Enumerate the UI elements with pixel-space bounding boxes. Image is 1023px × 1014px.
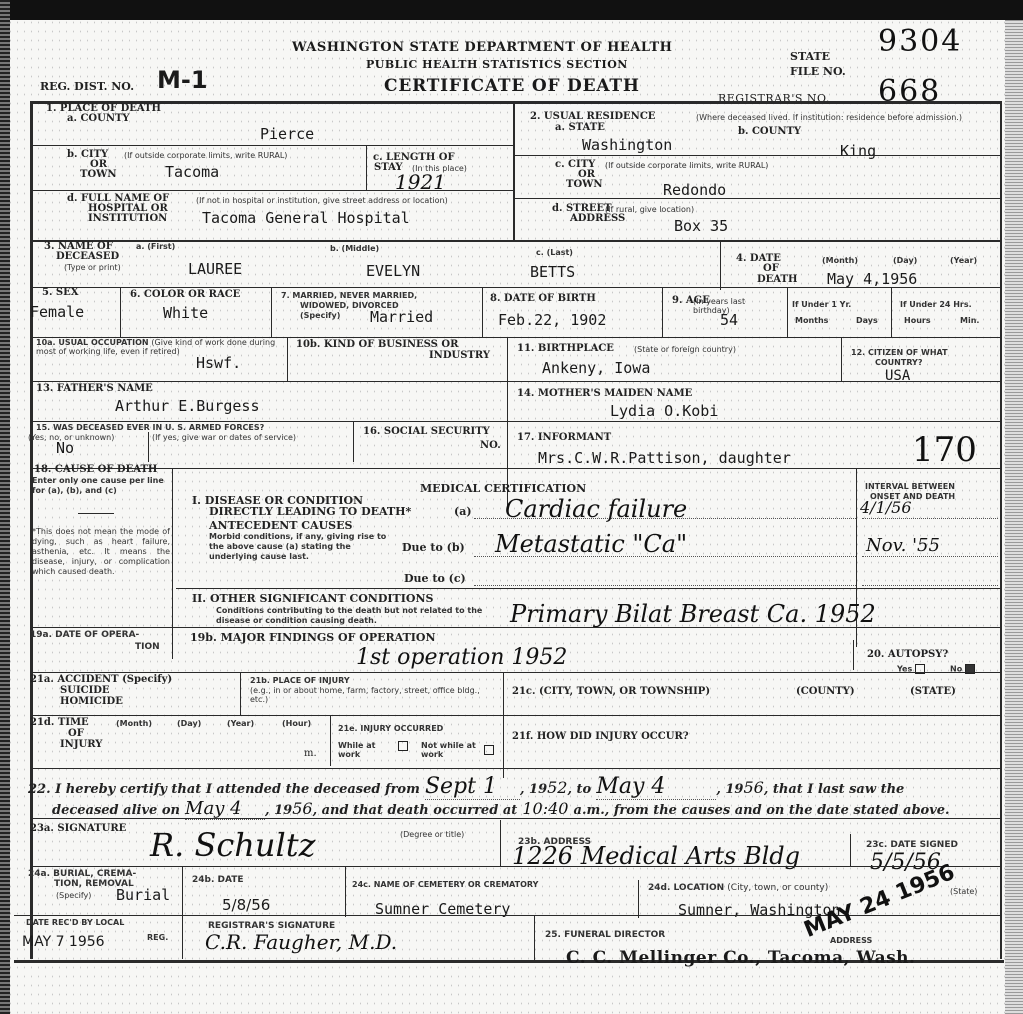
rule bbox=[176, 588, 1000, 589]
state-file-label-2: FILE NO. bbox=[790, 67, 846, 77]
attended-from-date: Sept 1 bbox=[425, 774, 520, 800]
rule bbox=[787, 288, 788, 338]
state-file-label-1: STATE bbox=[790, 52, 830, 62]
rule bbox=[353, 422, 354, 462]
rule bbox=[500, 820, 501, 866]
death-month-label: (Month) bbox=[822, 256, 858, 265]
attended-to-date: May 4 bbox=[596, 774, 716, 800]
rule bbox=[33, 672, 1000, 673]
cause-a-label: (a) bbox=[454, 507, 472, 517]
operation-findings-label: 19b. MAJOR FINDINGS OF OPERATION bbox=[190, 633, 436, 643]
accident-label-3: HOMICIDE bbox=[60, 697, 123, 707]
residence-state-label: a. STATE bbox=[555, 123, 605, 133]
to-year-prefix: , 19 bbox=[716, 782, 743, 797]
county-label: a. COUNTY bbox=[67, 114, 130, 124]
rule bbox=[534, 916, 535, 960]
burial-type-label-3: (Specify) bbox=[56, 891, 91, 900]
rule bbox=[33, 287, 1000, 288]
burial-location-label: 24d. LOCATION (City, town, or county) bbox=[648, 884, 828, 893]
degree-label: (Degree or title) bbox=[400, 830, 464, 839]
time-of-injury-label-1: 21d. TIME bbox=[30, 718, 89, 728]
antecedent-label: ANTECEDENT CAUSES bbox=[209, 521, 352, 531]
rule bbox=[172, 469, 173, 659]
city-note: (If outside corporate limits, write RURA… bbox=[124, 151, 287, 160]
citizen-label-2: COUNTRY? bbox=[875, 358, 922, 367]
residence-note: (Where deceased lived. If institution: r… bbox=[696, 113, 996, 122]
death-day-label: (Day) bbox=[893, 256, 917, 265]
marital-label-1: 7. MARRIED, NEVER MARRIED, bbox=[281, 291, 417, 300]
cause-of-death-label: 18. CAUSE OF DEATH bbox=[34, 465, 157, 475]
antecedent-note: Morbid conditions, if any, giving rise t… bbox=[209, 532, 399, 562]
reg-dist-value: M-1 bbox=[157, 66, 208, 94]
not-while-at-work-option[interactable]: Not while at work bbox=[421, 741, 481, 759]
place-of-injury-label: 21b. PLACE OF INJURY bbox=[250, 676, 350, 685]
rule bbox=[662, 288, 663, 338]
father-label: 13. FATHER'S NAME bbox=[36, 384, 153, 394]
hospital-value: Tacoma General Hospital bbox=[202, 210, 410, 226]
occupation-label-text: 10a. USUAL OCCUPATION bbox=[36, 338, 149, 347]
months-label: Months bbox=[795, 316, 828, 325]
divider-place-residence bbox=[513, 101, 515, 241]
business-label-2: INDUSTRY bbox=[429, 351, 490, 361]
scan-right-edge bbox=[1005, 20, 1023, 1014]
occupation-label: 10a. USUAL OCCUPATION (Give kind of work… bbox=[36, 338, 286, 356]
cemetery-label: 24c. NAME OF CEMETERY OR CREMATORY bbox=[352, 880, 538, 889]
under-24hrs-label: If Under 24 Hrs. bbox=[900, 300, 972, 309]
funeral-director-label: 25. FUNERAL DIRECTOR bbox=[545, 931, 665, 940]
rule bbox=[240, 673, 241, 715]
mother-value: Lydia O.Kobi bbox=[610, 403, 718, 419]
business-label-1: 10b. KIND OF BUSINESS OR bbox=[296, 340, 458, 350]
first-name-value: LAUREE bbox=[188, 261, 242, 277]
burial-location-note: (City, town, or county) bbox=[727, 883, 828, 893]
last-seen-alive-date: May 4 bbox=[185, 798, 265, 820]
residence-city-note: (If outside corporate limits, write RURA… bbox=[605, 161, 768, 170]
rule bbox=[841, 338, 842, 381]
middle-name-value: EVELYN bbox=[366, 263, 420, 279]
death-year-label: (Year) bbox=[950, 256, 977, 265]
rule bbox=[33, 190, 513, 191]
rule bbox=[148, 432, 149, 462]
how-injury-label: 21f. HOW DID INJURY OCCUR? bbox=[512, 732, 689, 742]
to-word: , to bbox=[567, 782, 591, 797]
burial-type-value: Burial bbox=[116, 887, 170, 903]
age-value: 54 bbox=[720, 312, 738, 328]
rule bbox=[862, 585, 998, 586]
armed-forces-note-2: (If yes, give war or dates of service) bbox=[152, 433, 296, 442]
residence-county-value: King bbox=[840, 143, 876, 159]
rule bbox=[33, 468, 1000, 469]
accident-label-2: SUICIDE bbox=[60, 686, 110, 696]
while-at-work-checkbox[interactable] bbox=[398, 741, 408, 751]
last-name-label: c. (Last) bbox=[536, 248, 573, 257]
rule bbox=[78, 513, 114, 514]
scan-top-border bbox=[0, 0, 1023, 20]
operation-findings-value: 1st operation 1952 bbox=[356, 645, 567, 670]
date-signed-label: 23c. DATE SIGNED bbox=[866, 841, 958, 850]
while-at-work-option[interactable]: While at work bbox=[338, 741, 398, 759]
date-of-death-label-3: DEATH bbox=[757, 275, 797, 285]
race-label: 6. COLOR OR RACE bbox=[130, 290, 240, 300]
burial-type-label-1: 24a. BURIAL, CREMA- bbox=[28, 870, 136, 879]
part1-label-2: DIRECTLY LEADING TO DEATH* bbox=[209, 507, 411, 517]
certification-line-2: deceased alive on May 4, 1956, and that … bbox=[52, 798, 950, 820]
rule bbox=[513, 155, 1000, 156]
city-town: TOWN bbox=[80, 170, 117, 180]
burial-state-note: (State) bbox=[950, 887, 977, 896]
alive-year-prefix: , 19 bbox=[265, 803, 292, 818]
cause-b-interval: Nov. '55 bbox=[866, 535, 940, 556]
armed-forces-label: 15. WAS DECEASED EVER IN U. S. ARMED FOR… bbox=[36, 423, 264, 432]
part2-label: II. OTHER SIGNIFICANT CONDITIONS bbox=[192, 594, 433, 604]
race-value: White bbox=[163, 305, 208, 321]
rule bbox=[33, 145, 513, 146]
rule bbox=[482, 288, 483, 338]
rule bbox=[345, 867, 346, 917]
rule bbox=[182, 867, 183, 959]
cause-c-label: Due to (c) bbox=[404, 574, 466, 584]
place-of-injury-note: (e.g., in or about home, farm, factory, … bbox=[250, 686, 500, 704]
first-name-label: a. (First) bbox=[136, 242, 175, 251]
informant-label: 17. INFORMANT bbox=[517, 433, 611, 443]
certification-text-4: , and that death occurred at bbox=[313, 803, 518, 818]
min-label: Min. bbox=[960, 316, 979, 325]
county-value: Pierce bbox=[260, 126, 314, 142]
burial-date-value: 5/8/56 bbox=[222, 897, 270, 913]
father-value: Arthur E.Burgess bbox=[115, 398, 260, 414]
street-label-2: ADDRESS bbox=[570, 214, 625, 224]
rule bbox=[503, 673, 504, 778]
injury-city-label: 21c. (CITY, TOWN, OR TOWNSHIP) bbox=[512, 687, 710, 697]
injury-state-label: (STATE) bbox=[910, 687, 956, 697]
burial-location-label-text: 24d. LOCATION bbox=[648, 883, 724, 893]
certification-line-1: 22. I hereby certify that I attended the… bbox=[28, 774, 904, 800]
date-received-label: DATE REC'D BY LOCAL bbox=[26, 918, 124, 927]
rule bbox=[474, 585, 856, 586]
certification-text-3: deceased alive on bbox=[52, 803, 180, 818]
date-received-value: MAY 7 1956 bbox=[22, 934, 105, 950]
certificate-page: WASHINGTON STATE DEPARTMENT OF HEALTH PU… bbox=[0, 0, 1023, 1014]
rule bbox=[33, 768, 1000, 769]
rule bbox=[330, 716, 331, 766]
signature-label: 23a. SIGNATURE bbox=[30, 824, 126, 834]
injury-m-label: m. bbox=[304, 749, 317, 759]
rule bbox=[287, 338, 288, 381]
informant-code: 170 bbox=[912, 430, 977, 470]
last-name-value: BETTS bbox=[530, 264, 575, 280]
date-received-reg: REG. bbox=[147, 933, 168, 942]
operation-date-label-1: 19a. DATE OF OPERA- bbox=[30, 631, 139, 640]
funeral-director-value: C. C. Mellinger Co., Tacoma, Wash. bbox=[566, 948, 915, 968]
part2-note: Conditions contributing to the death but… bbox=[216, 606, 506, 626]
cause-footnote: *This does not mean the mode of dying, s… bbox=[32, 527, 170, 577]
mother-label: 14. MOTHER'S MAIDEN NAME bbox=[517, 389, 692, 399]
certification-text-2: , that I last saw the bbox=[764, 782, 904, 797]
scan-left-edge bbox=[0, 0, 10, 1014]
rule bbox=[850, 834, 851, 866]
citizen-label-1: 12. CITIZEN OF WHAT bbox=[851, 348, 948, 357]
name-label-2: DECEASED bbox=[56, 252, 119, 262]
residence-city-value: Redondo bbox=[663, 182, 726, 198]
occupation-value: Hswf. bbox=[196, 355, 241, 371]
rule bbox=[33, 715, 1000, 716]
time-of-death: 10:40 bbox=[522, 799, 568, 818]
not-while-at-work-checkbox[interactable] bbox=[484, 745, 494, 755]
accident-label-1: 21a. ACCIDENT (Specify) bbox=[30, 675, 172, 685]
under-1yr-label: If Under 1 Yr. bbox=[792, 300, 851, 309]
rule bbox=[891, 288, 892, 338]
certification-text-1: 22. I hereby certify that I attended the… bbox=[28, 782, 420, 797]
residence-label: 2. USUAL RESIDENCE bbox=[530, 112, 655, 122]
birthplace-label: 11. BIRTHPLACE bbox=[517, 344, 614, 354]
certification-text-5: a.m., from the causes and on the date st… bbox=[574, 803, 950, 818]
name-label-3: (Type or print) bbox=[64, 263, 121, 272]
registrar-signature: C.R. Faugher, M.D. bbox=[205, 930, 397, 954]
rule bbox=[366, 146, 367, 190]
cause-of-death-note: Enter only one cause per line for (a), (… bbox=[32, 476, 172, 496]
cause-a-value: Cardiac failure bbox=[505, 495, 687, 523]
injury-month-label: (Month) bbox=[116, 719, 152, 728]
birthplace-value: Ankeny, Iowa bbox=[542, 360, 650, 376]
hospital-note: (If not in hospital or institution, give… bbox=[196, 196, 496, 205]
funeral-address-label: ADDRESS bbox=[830, 936, 872, 945]
date-of-death-value: May 4,1956 bbox=[827, 271, 917, 287]
injury-year-label: (Year) bbox=[227, 719, 254, 728]
injury-day-label: (Day) bbox=[177, 719, 201, 728]
medical-certification-label: MEDICAL CERTIFICATION bbox=[420, 484, 586, 494]
hospital-label-3: INSTITUTION bbox=[88, 214, 167, 224]
ssn-label-2: NO. bbox=[480, 441, 501, 451]
attended-to-year: 56 bbox=[743, 778, 763, 797]
residence-state-value: Washington bbox=[582, 137, 672, 153]
rule bbox=[33, 818, 1000, 819]
rule bbox=[862, 556, 998, 557]
frame-right bbox=[1000, 101, 1002, 959]
sex-value: Female bbox=[30, 304, 84, 320]
rule bbox=[513, 198, 1000, 199]
rule bbox=[853, 640, 854, 670]
city-value: Tacoma bbox=[165, 164, 219, 180]
cause-b-value: Metastatic "Ca" bbox=[495, 530, 687, 558]
days-label: Days bbox=[856, 316, 878, 325]
reg-dist-label: REG. DIST. NO. bbox=[40, 82, 134, 92]
rule bbox=[720, 242, 721, 290]
cause-b-label: Due to (b) bbox=[402, 543, 465, 553]
residence-city-town: TOWN bbox=[566, 180, 603, 190]
time-of-injury-label-2: OF bbox=[68, 729, 84, 739]
rule bbox=[33, 240, 1000, 242]
ssn-label-1: 16. SOCIAL SECURITY bbox=[363, 427, 490, 437]
rule bbox=[120, 288, 121, 338]
section-title: PUBLIC HEALTH STATISTICS SECTION bbox=[366, 58, 628, 71]
part2-value: Primary Bilat Breast Ca. 1952 bbox=[510, 600, 876, 628]
injury-county-label: (COUNTY) bbox=[796, 687, 855, 697]
sex-label: 5. SEX bbox=[42, 288, 79, 298]
state-file-number: 9304 bbox=[878, 24, 962, 59]
certificate-title: CERTIFICATE OF DEATH bbox=[384, 76, 640, 96]
physician-signature: R. Schultz bbox=[150, 826, 315, 864]
autopsy-label: 20. AUTOPSY? bbox=[867, 650, 948, 660]
while-at-work-label: While at work bbox=[338, 741, 375, 759]
rule bbox=[33, 381, 1000, 382]
marital-value: Married bbox=[370, 309, 433, 325]
time-of-injury-label-3: INJURY bbox=[60, 740, 102, 750]
rule bbox=[33, 866, 1000, 867]
attended-from-year: 52 bbox=[547, 778, 567, 797]
dob-value: Feb.22, 1902 bbox=[498, 312, 606, 328]
interval-label-1: INTERVAL BETWEEN bbox=[865, 482, 955, 491]
rule bbox=[862, 518, 998, 519]
injury-hour-label: (Hour) bbox=[282, 719, 311, 728]
burial-date-label: 24b. DATE bbox=[192, 876, 244, 885]
hours-label: Hours bbox=[904, 316, 931, 325]
marital-label-3: (Specify) bbox=[300, 311, 340, 320]
department-title: WASHINGTON STATE DEPARTMENT OF HEALTH bbox=[292, 40, 672, 55]
residence-county-label: b. COUNTY bbox=[738, 127, 801, 137]
operation-date-label-2: TION bbox=[135, 643, 160, 652]
dob-label: 8. DATE OF BIRTH bbox=[490, 294, 596, 304]
informant-value: Mrs.C.W.R.Pattison, daughter bbox=[538, 450, 791, 466]
rule bbox=[271, 288, 272, 338]
rule bbox=[33, 421, 1000, 422]
date-of-death-label-2: OF bbox=[763, 264, 779, 274]
injury-occurred-label: 21e. INJURY OCCURRED bbox=[338, 724, 443, 733]
frame-top bbox=[30, 101, 1000, 104]
from-year-prefix: , 19 bbox=[520, 782, 547, 797]
rule bbox=[638, 880, 639, 918]
armed-forces-value: No bbox=[56, 440, 74, 456]
not-while-at-work-label: Not while at work bbox=[421, 741, 476, 759]
rule bbox=[33, 627, 1000, 628]
street-value: Box 35 bbox=[674, 218, 728, 234]
birthplace-note: (State or foreign country) bbox=[634, 345, 736, 354]
last-seen-alive-year: 56 bbox=[292, 799, 312, 818]
middle-name-label: b. (Middle) bbox=[330, 244, 379, 253]
cause-a-interval: 4/1/56 bbox=[860, 498, 912, 517]
